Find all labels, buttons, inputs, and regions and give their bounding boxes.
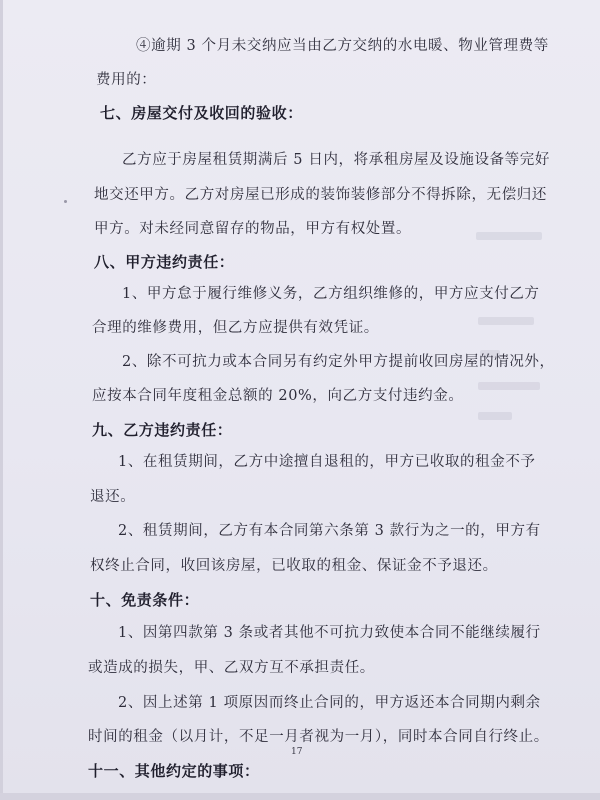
paragraph-line: 甲方。对未经同意留存的物品，甲方有权处置。 (94, 220, 411, 238)
paragraph-line: 或造成的损失，甲、乙双方互不承担责任。 (88, 659, 375, 677)
bleed-through-mark (478, 412, 512, 420)
paragraph-line: 时间的租金（以月计，不足一月者视为一月），同时本合同自行终止。 (88, 728, 549, 746)
paragraph-line: 2、因上述第 1 项原因而终止合同的，甲方返还本合同期内剩余 (118, 694, 541, 712)
section-heading: 九、乙方违约责任： (92, 421, 232, 439)
bleed-through-mark (478, 382, 540, 390)
section-heading: 八、甲方违约责任： (94, 253, 234, 271)
section-heading: 十、免责条件： (90, 591, 199, 609)
scan-edge (0, 793, 600, 800)
page-number: 17 (291, 747, 302, 757)
paragraph-line: 合理的维修费用，但乙方应提供有效凭证。 (92, 319, 379, 337)
paragraph-line: 乙方应于房屋租赁期满后 5 日内，将承租房屋及设施设备等完好 (122, 151, 550, 169)
paragraph-line: 地交还甲方。乙方对房屋已形成的装饰装修部分不得拆除，无偿归还 (94, 186, 547, 204)
paragraph-line: 费用的： (96, 71, 156, 89)
paragraph-line: 1、在租赁期间，乙方中途擅自退租的，甲方已收取的租金不予 (118, 453, 536, 471)
paragraph-line: 应按本合同年度租金总额的 20%，向乙方支付违约金。 (92, 387, 463, 405)
scan-edge (0, 0, 3, 800)
paragraph-line: 2、租赁期间，乙方有本合同第六条第 3 款行为之一的，甲方有 (118, 522, 541, 540)
scan-speck (64, 200, 67, 203)
bleed-through-mark (478, 317, 534, 325)
section-heading: 十一、其他约定的事项： (88, 762, 260, 780)
paragraph-line: 2、除不可抗力或本合同另有约定外甲方提前收回房屋的情况外， (122, 353, 555, 371)
paragraph-line: ④逾期 3 个月未交纳应当由乙方交纳的水电暖、物业管理费等 (136, 37, 549, 55)
paragraph-line: 权终止合同，收回该房屋，已收取的租金、保证金不予退还。 (90, 557, 498, 575)
paragraph-line: 1、因第四款第 3 条或者其他不可抗力致使本合同不能继续履行 (118, 624, 541, 642)
section-heading: 七、房屋交付及收回的验收： (100, 104, 303, 122)
paragraph-line: 退还。 (90, 488, 135, 506)
bleed-through-mark (476, 232, 542, 240)
scanned-document-page: ④逾期 3 个月未交纳应当由乙方交纳的水电暖、物业管理费等费用的：七、房屋交付及… (0, 0, 600, 800)
paragraph-line: 1、甲方怠于履行维修义务，乙方组织维修的，甲方应支付乙方 (122, 285, 540, 303)
